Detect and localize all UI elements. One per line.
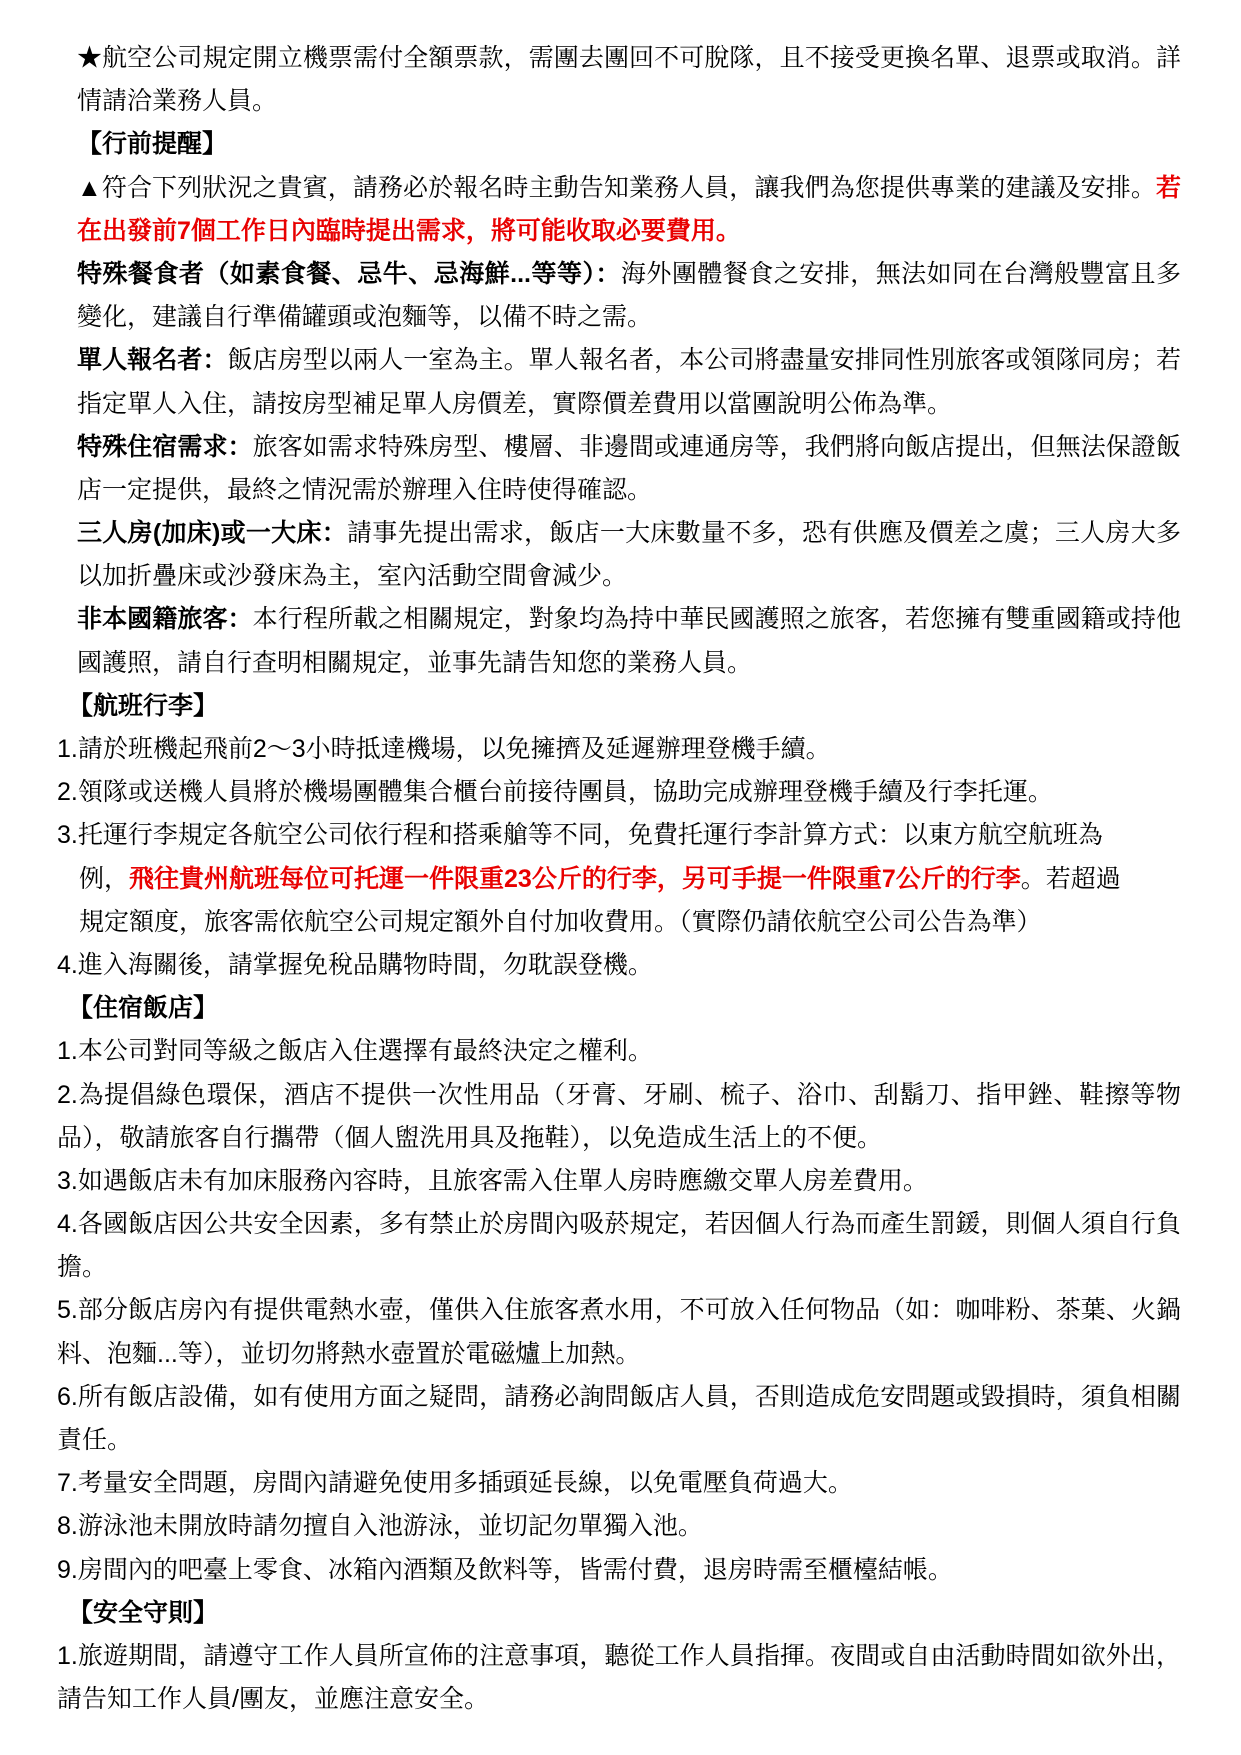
section-heading: 【安全守則】 [57, 1592, 1181, 1635]
highlighted-text: 在出發前7個工作日內臨時提出需求，將可能收取必要費用。 [77, 217, 741, 245]
text-line: 店一定提供，最終之情況需於辦理入住時使得確認。 [57, 469, 1181, 512]
text-line: 8.游泳池未開放時請勿擅自入池游泳，並切記勿單獨入池。 [57, 1505, 1181, 1548]
text-segment: 旅客如需求特殊房型、樓層、非邊間或連通房等，我們將向飯店提出，但無法保證飯 [253, 433, 1181, 461]
text-line: 1.旅遊期間，請遵守工作人員所宣佈的注意事項，聽從工作人員指揮。夜間或自由活動時… [57, 1635, 1181, 1678]
text-line: 三人房(加床)或一大床：請事先提出需求，飯店一大床數量不多，恐有供應及價差之虞；… [57, 512, 1181, 555]
bold-text: 【航班行李】 [68, 692, 218, 720]
text-segment: 4.進入海關後，請掌握免稅品購物時間，勿耽誤登機。 [57, 951, 653, 979]
text-line: 請告知工作人員/團友，並應注意安全。 [57, 1678, 1181, 1721]
text-segment: 4.各國飯店因公共安全因素，多有禁止於房間內吸菸規定，若因個人行為而產生罰鍰，則… [57, 1210, 1181, 1238]
text-segment: 5.部分飯店房內有提供電熱水壺，僅供入住旅客煮水用，不可放入任何物品（如：咖啡粉… [57, 1296, 1181, 1324]
text-segment: 請事先提出需求，飯店一大床數量不多，恐有供應及價差之虞；三人房大多 [347, 519, 1181, 547]
bold-text: 特殊餐食者（如素食餐、忌牛、忌海鮮...等等）： [77, 260, 621, 288]
text-line: 3.如遇飯店未有加床服務內容時，且旅客需入住單人房時應繳交單人房差費用。 [57, 1160, 1181, 1203]
text-segment: 海外團體餐食之安排，無法如同在台灣般豐富且多 [621, 260, 1181, 288]
text-segment: 規定額度，旅客需依航空公司規定額外自付加收費用。（實際仍請依航空公司公告為準） [79, 908, 1042, 936]
text-line: 變化，建議自行準備罐頭或泡麵等，以備不時之需。 [57, 296, 1181, 339]
text-line: 以加折疊床或沙發床為主，室內活動空間會減少。 [57, 555, 1181, 598]
text-segment: 指定單人入住，請按房型補足單人房價差，實際價差費用以當團說明公佈為準。 [77, 390, 952, 418]
text-line: 品），敬請旅客自行攜帶（個人盥洗用具及拖鞋），以免造成生活上的不便。 [57, 1117, 1181, 1160]
text-line: 規定額度，旅客需依航空公司規定額外自付加收費用。（實際仍請依航空公司公告為準） [57, 901, 1181, 944]
bold-text: 單人報名者： [77, 346, 228, 374]
text-segment: 飯店房型以兩人一室為主。單人報名者，本公司將盡量安排同性別旅客或領隊同房；若 [228, 346, 1181, 374]
text-segment: 9.房間內的吧臺上零食、冰箱內酒類及飲料等，皆需付費，退房時需至櫃檯結帳。 [57, 1556, 953, 1584]
text-line: 國護照，請自行查明相關規定，並事先請告知您的業務人員。 [57, 642, 1181, 685]
section-heading: 【航班行李】 [57, 685, 1181, 728]
text-line: 責任。 [57, 1419, 1181, 1462]
text-line: ★航空公司規定開立機票需付全額票款，需團去團回不可脫隊，且不接受更換名單、退票或… [57, 37, 1181, 80]
highlighted-text: 若 [1156, 174, 1181, 202]
text-line: 4.進入海關後，請掌握免稅品購物時間，勿耽誤登機。 [57, 944, 1181, 987]
notice-line: 在出發前7個工作日內臨時提出需求，將可能收取必要費用。 [57, 210, 1181, 253]
text-line: 4.各國飯店因公共安全因素，多有禁止於房間內吸菸規定，若因個人行為而產生罰鍰，則… [57, 1203, 1181, 1246]
text-segment: 情請洽業務人員。 [77, 87, 277, 115]
text-line: 特殊餐食者（如素食餐、忌牛、忌海鮮...等等）：海外團體餐食之安排，無法如同在台… [57, 253, 1181, 296]
text-segment: 請告知工作人員/團友，並應注意安全。 [57, 1685, 489, 1713]
text-line: 1.本公司對同等級之飯店入住選擇有最終決定之權利。 [57, 1030, 1181, 1073]
text-segment: 責任。 [57, 1426, 132, 1454]
text-line: 非本國籍旅客：本行程所載之相關規定，對象均為持中華民國護照之旅客，若您擁有雙重國… [57, 598, 1181, 641]
text-segment: 3.托運行李規定各航空公司依行程和搭乘艙等不同，免費托運行李計算方式：以東方航空… [57, 821, 1103, 849]
text-line: ▲符合下列狀況之貴賓，請務必於報名時主動告知業務人員，讓我們為您提供專業的建議及… [57, 167, 1181, 210]
section-heading: 【行前提醒】 [57, 123, 1181, 166]
text-segment: 2.領隊或送機人員將於機場團體集合櫃台前接待團員，協助完成辦理登機手續及行李托運… [57, 778, 1053, 806]
text-segment: 以加折疊床或沙發床為主，室內活動空間會減少。 [77, 562, 627, 590]
text-line: 2.為提倡綠色環保，酒店不提供一次性用品（牙膏、牙刷、梳子、浴巾、刮鬍刀、指甲銼… [57, 1074, 1181, 1117]
text-segment: 1.本公司對同等級之飯店入住選擇有最終決定之權利。 [57, 1037, 653, 1065]
text-line: 1.請於班機起飛前2～3小時抵達機場，以免擁擠及延遲辦理登機手續。 [57, 728, 1181, 771]
text-line: 特殊住宿需求：旅客如需求特殊房型、樓層、非邊間或連通房等，我們將向飯店提出，但無… [57, 426, 1181, 469]
text-line: 5.部分飯店房內有提供電熱水壺，僅供入住旅客煮水用，不可放入任何物品（如：咖啡粉… [57, 1289, 1181, 1332]
text-segment: 店一定提供，最終之情況需於辦理入住時使得確認。 [77, 476, 652, 504]
text-segment: 品），敬請旅客自行攜帶（個人盥洗用具及拖鞋），以免造成生活上的不便。 [57, 1124, 882, 1152]
highlighted-text: 飛往貴州航班每位可托運一件限重23公斤的行李，另可手提一件限重7公斤的行李 [129, 865, 1021, 893]
document-page: ★航空公司規定開立機票需付全額票款，需團去團回不可脫隊，且不接受更換名單、退票或… [0, 0, 1241, 1755]
text-line: 擔。 [57, 1246, 1181, 1289]
text-line: 情請洽業務人員。 [57, 80, 1181, 123]
text-line: 料、泡麵...等），並切勿將熱水壺置於電磁爐上加熱。 [57, 1333, 1181, 1376]
text-segment: 3.如遇飯店未有加床服務內容時，且旅客需入住單人房時應繳交單人房差費用。 [57, 1167, 928, 1195]
text-segment: 例， [79, 865, 129, 893]
text-line: 2.領隊或送機人員將於機場團體集合櫃台前接待團員，協助完成辦理登機手續及行李托運… [57, 771, 1181, 814]
text-line: 3.托運行李規定各航空公司依行程和搭乘艙等不同，免費托運行李計算方式：以東方航空… [57, 814, 1181, 857]
bold-text: 【安全守則】 [68, 1599, 218, 1627]
text-segment: 變化，建議自行準備罐頭或泡麵等，以備不時之需。 [77, 303, 652, 331]
text-segment: 8.游泳池未開放時請勿擅自入池游泳，並切記勿單獨入池。 [57, 1512, 703, 1540]
text-line: 9.房間內的吧臺上零食、冰箱內酒類及飲料等，皆需付費，退房時需至櫃檯結帳。 [57, 1549, 1181, 1592]
text-segment: 1.旅遊期間，請遵守工作人員所宣佈的注意事項，聽從工作人員指揮。夜間或自由活動時… [57, 1642, 1181, 1670]
text-segment: 。若超過 [1021, 865, 1121, 893]
text-segment: 料、泡麵...等），並切勿將熱水壺置於電磁爐上加熱。 [57, 1340, 640, 1368]
text-line: 指定單人入住，請按房型補足單人房價差，實際價差費用以當團說明公佈為準。 [57, 383, 1181, 426]
text-segment: 2.為提倡綠色環保，酒店不提供一次性用品（牙膏、牙刷、梳子、浴巾、刮鬍刀、指甲銼… [57, 1081, 1181, 1109]
text-segment: 7.考量安全問題，房間內請避免使用多插頭延長線，以免電壓負荷過大。 [57, 1469, 853, 1497]
text-segment: 本行程所載之相關規定，對象均為持中華民國護照之旅客，若您擁有雙重國籍或持他 [253, 605, 1181, 633]
text-line: 6.所有飯店設備，如有使用方面之疑問，請務必詢問飯店人員，否則造成危安問題或毀損… [57, 1376, 1181, 1419]
text-segment: ▲符合下列狀況之貴賓，請務必於報名時主動告知業務人員，讓我們為您提供專業的建議及… [77, 174, 1156, 202]
text-line: 例，飛往貴州航班每位可托運一件限重23公斤的行李，另可手提一件限重7公斤的行李。… [57, 858, 1181, 901]
text-line: 7.考量安全問題，房間內請避免使用多插頭延長線，以免電壓負荷過大。 [57, 1462, 1181, 1505]
bold-text: 三人房(加床)或一大床： [77, 519, 347, 547]
bold-text: 【住宿飯店】 [68, 994, 218, 1022]
text-segment: 國護照，請自行查明相關規定，並事先請告知您的業務人員。 [77, 649, 752, 677]
bold-text: 特殊住宿需求： [77, 433, 253, 461]
text-segment: ★航空公司規定開立機票需付全額票款，需團去團回不可脫隊，且不接受更換名單、退票或… [77, 44, 1181, 72]
text-line: 單人報名者：飯店房型以兩人一室為主。單人報名者，本公司將盡量安排同性別旅客或領隊… [57, 339, 1181, 382]
bold-text: 非本國籍旅客： [77, 605, 253, 633]
text-segment: 6.所有飯店設備，如有使用方面之疑問，請務必詢問飯店人員，否則造成危安問題或毀損… [57, 1383, 1181, 1411]
bold-text: 【行前提醒】 [77, 130, 227, 158]
text-segment: 擔。 [57, 1253, 107, 1281]
text-segment: 1.請於班機起飛前2～3小時抵達機場，以免擁擠及延遲辦理登機手續。 [57, 735, 831, 763]
section-heading: 【住宿飯店】 [57, 987, 1181, 1030]
